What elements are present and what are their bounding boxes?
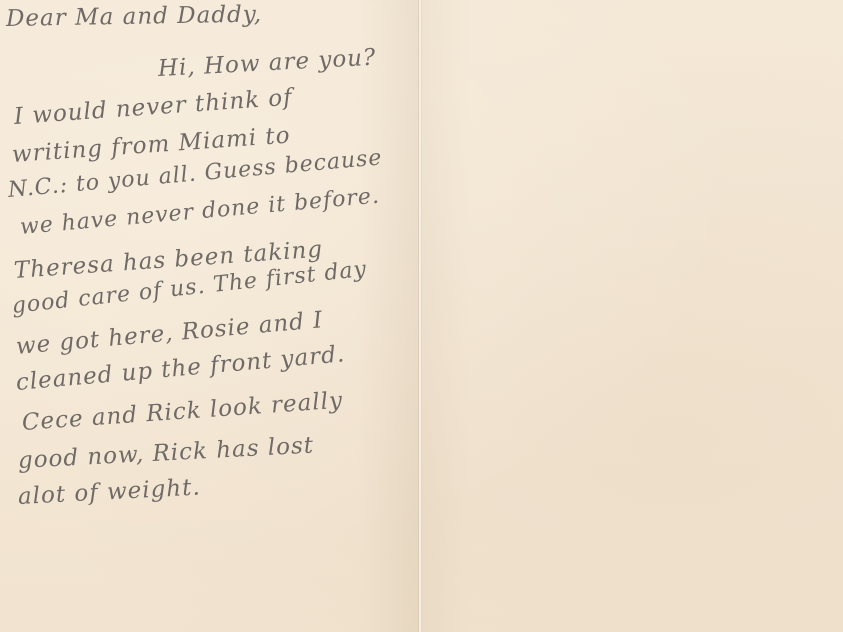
letter-paper: Dear Ma and Daddy, Hi, How are you? I wo… bbox=[0, 0, 843, 632]
salutation: Dear Ma and Daddy, bbox=[6, 2, 262, 32]
letter-line: Cece and Rick look really bbox=[21, 388, 344, 436]
left-page: Dear Ma and Daddy, Hi, How are you? I wo… bbox=[0, 0, 420, 632]
letter-line: good now, Rick has lost bbox=[17, 433, 314, 474]
greeting: Hi, How are you? bbox=[157, 45, 377, 82]
letter-line: alot of weight. bbox=[17, 474, 201, 510]
right-page bbox=[420, 0, 843, 632]
letter-line: I would never think of bbox=[13, 85, 293, 130]
